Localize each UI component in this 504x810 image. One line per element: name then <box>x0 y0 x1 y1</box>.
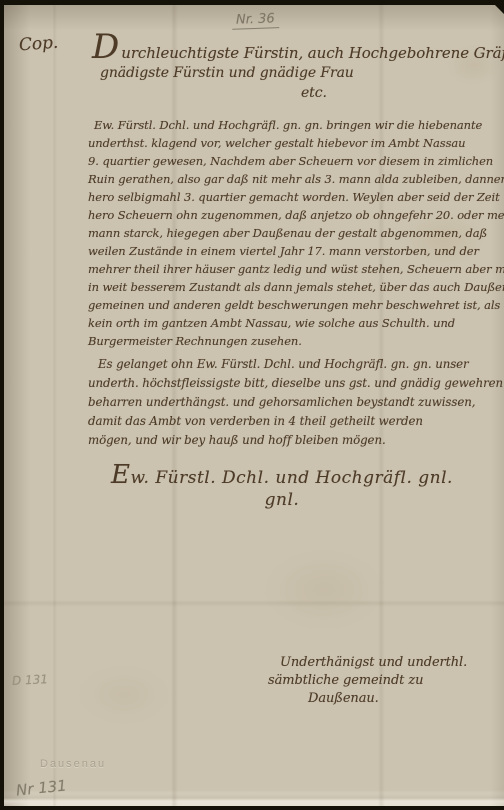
text-line: sämbtliche gemeindt zu <box>268 672 494 690</box>
text-line: mögen, und wir bey hauß und hoff bleiben… <box>88 431 504 450</box>
body-paragraph-1: Ew. Fürstl. Dchl. und Hochgräfl. gn. gn.… <box>88 116 502 350</box>
text-line: mehrer theil ihrer häuser gantz ledig un… <box>88 260 502 278</box>
archival-number-top: Nr. 36 <box>232 11 279 30</box>
body-paragraph-2: Es gelanget ohn Ew. Fürstl. Dchl. und Ho… <box>88 355 504 450</box>
text-line: weilen Zustände in einem viertel Jahr 17… <box>88 242 502 260</box>
torn-corner <box>486 0 504 18</box>
manuscript-scan: Nr. 36 Cop. Durchleuchtigste Fürstin, au… <box>0 0 504 810</box>
text-line: hero Scheuern ohn zugenommen, daß anjetz… <box>88 206 502 224</box>
text-line: kein orth im gantzen Ambt Nassau, wie so… <box>88 314 502 332</box>
archival-number-margin: D 131 <box>12 672 49 688</box>
subscription-line: Ew. Fürstl. Dchl. und Hochgräfl. gnl. gn… <box>100 460 464 510</box>
text-line: Ew. Fürstl. Dchl. und Hochgräfl. gn. gn.… <box>88 116 502 134</box>
text-line: 9. quartier gewesen, Nachdem aber Scheue… <box>88 152 502 170</box>
text-line: beharren underthängst. und gehorsamliche… <box>88 393 504 412</box>
text-line: Underthänigst und underthl. <box>280 654 494 672</box>
text-line: underth. höchstfleissigste bitt, dieselb… <box>88 374 504 393</box>
text-line: gemeinen und anderen geldt beschwerungen… <box>88 296 502 314</box>
salutation: Durchleuchtigste Fürstin, auch Hochgeboh… <box>92 38 500 81</box>
text-line: damit das Ambt von verderben in 4 theil … <box>88 412 504 431</box>
archival-number-bottom: Nr 131 <box>15 776 67 799</box>
paper-sheet: Nr. 36 Cop. Durchleuchtigste Fürstin, au… <box>4 5 504 806</box>
text-line: mann starck, hiegegen aber Daußenau der … <box>88 224 502 242</box>
signature-block: Underthänigst und underthl.sämbtliche ge… <box>262 654 494 708</box>
text-line: in weit besserem Zustandt als dann jemal… <box>88 278 502 296</box>
text-line: Durchleuchtigste Fürstin, auch Hochgeboh… <box>92 38 500 62</box>
text-line: Ruin gerathen, also gar daß nit mehr als… <box>88 170 502 188</box>
text-line: gnädigste Fürstin und gnädige Frau <box>100 65 500 81</box>
etcetera-mark: etc. <box>301 85 327 101</box>
blind-stamp: Dausenau <box>40 758 106 770</box>
text-line: Daußenau. <box>308 690 494 708</box>
text-line: underthst. klagend vor, welcher gestalt … <box>88 134 502 152</box>
copy-mark: Cop. <box>18 33 58 56</box>
text-line: Burgermeister Rechnungen zusehen. <box>88 332 502 350</box>
text-line: Es gelanget ohn Ew. Fürstl. Dchl. und Ho… <box>88 355 504 374</box>
text-line: hero selbigmahl 3. quartier gemacht word… <box>88 188 502 206</box>
